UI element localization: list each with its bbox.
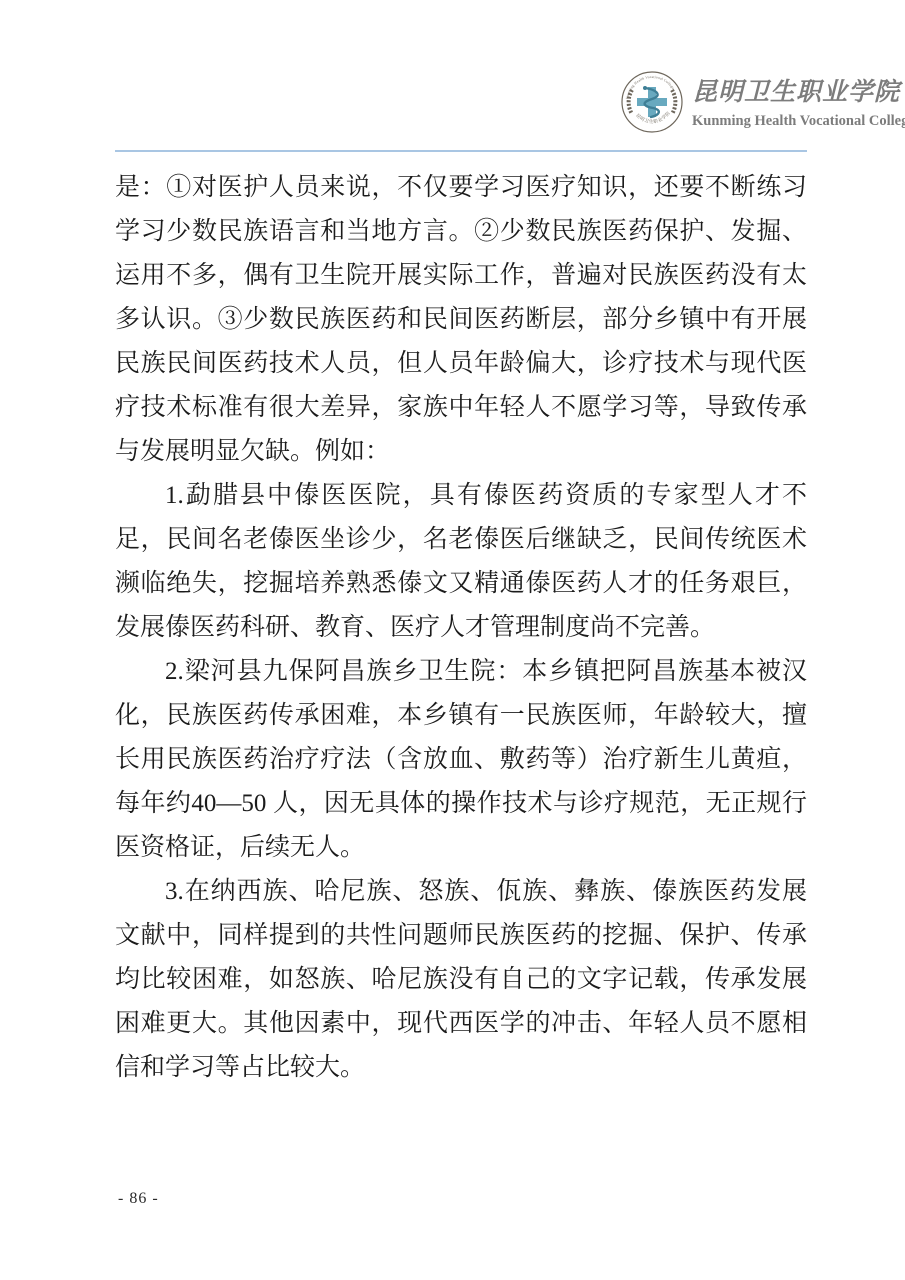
college-name-calligraphy: 昆明卫生职业学院 bbox=[692, 76, 888, 110]
header-divider bbox=[115, 150, 807, 152]
page-number: - 86 - bbox=[118, 1190, 159, 1207]
header-titles: 昆明卫生职业学院 Kunming Health Vocational Colle… bbox=[692, 76, 888, 130]
paragraph-4: 3.在纳西族、哈尼族、怒族、佤族、彝族、傣族医药发展文献中，同样提到的共性问题师… bbox=[115, 870, 807, 1090]
page-footer: - 86 - bbox=[118, 1190, 159, 1208]
document-page: Kunming Health Vocational College 昆明卫生职业… bbox=[0, 0, 905, 1280]
paragraph-3: 2.梁河县九保阿昌族乡卫生院：本乡镇把阿昌族基本被汉化，民族医药传承困难，本乡镇… bbox=[115, 650, 807, 870]
college-name-english: Kunming Health Vocational College bbox=[692, 113, 888, 130]
paragraph-2: 1.勐腊县中傣医医院，具有傣医药资质的专家型人才不足，民间名老傣医坐诊少，名老傣… bbox=[115, 474, 807, 650]
paragraph-1: 是：①对医护人员来说，不仅要学习医疗知识，还要不断练习学习少数民族语言和当地方言… bbox=[115, 166, 807, 474]
snake-head bbox=[643, 86, 647, 90]
document-body: 是：①对医护人员来说，不仅要学习医疗知识，还要不断练习学习少数民族语言和当地方言… bbox=[115, 166, 807, 1090]
college-seal-logo: Kunming Health Vocational College 昆明卫生职业… bbox=[620, 70, 684, 134]
college-seal-icon: Kunming Health Vocational College 昆明卫生职业… bbox=[620, 70, 684, 134]
